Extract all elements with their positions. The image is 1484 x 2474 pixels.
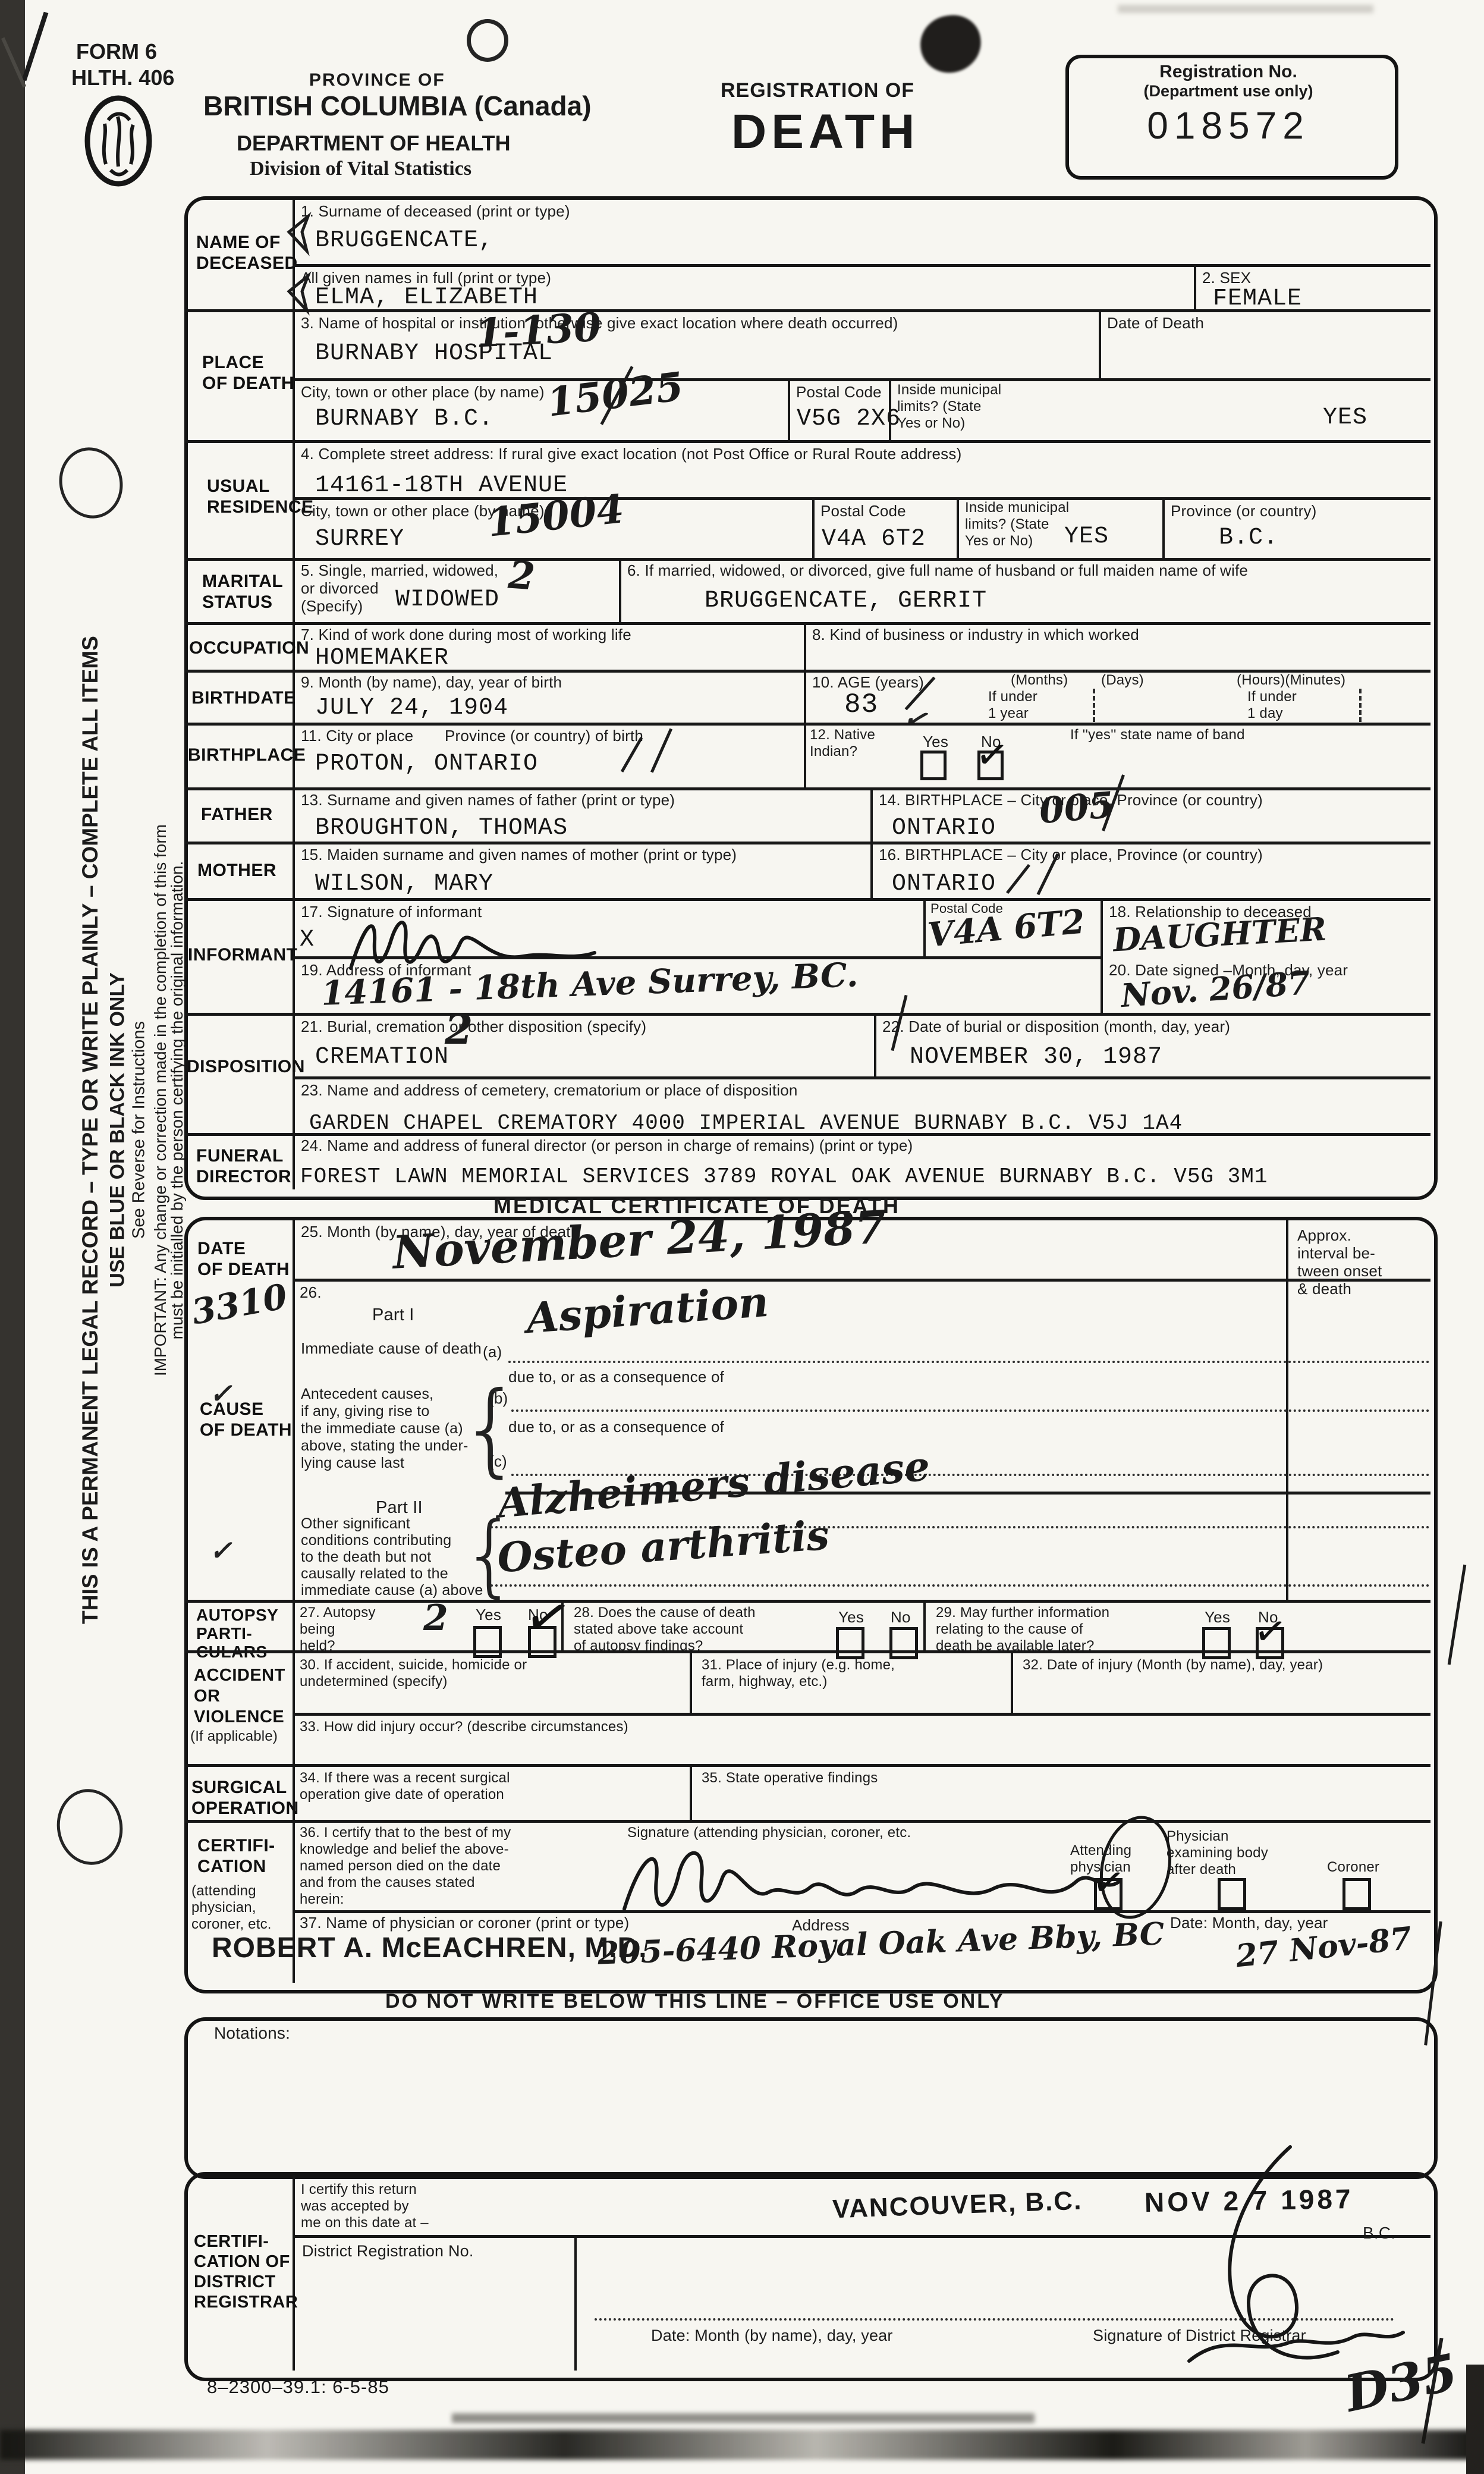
spouse-value: BRUGGENCATE, GERRIT (705, 588, 987, 615)
days-label: (Days) (1101, 672, 1144, 689)
pen-mark (284, 214, 312, 256)
cell-divider (874, 1013, 876, 1076)
section-label-funeral: FUNERAL DIRECTOR (196, 1145, 291, 1187)
mother-birthplace-value: ONTARIO (892, 871, 996, 898)
f28-no-label: No (891, 1608, 911, 1626)
registrar-date-label: Date: Month (by name), day, year (651, 2327, 893, 2344)
father-birthplace-value: ONTARIO (892, 815, 996, 842)
pen-circle-mark (52, 441, 130, 525)
province-of-label: PROVINCE OF (309, 70, 445, 90)
province-title: BRITISH COLUMBIA (Canada) (203, 90, 592, 121)
section-divider (184, 1650, 1430, 1653)
form-number: FORM 6 (76, 39, 157, 64)
cell-divider (1099, 309, 1101, 378)
notations-label: Notations: (214, 2024, 290, 2042)
surname-value: BRUGGENCATE, (315, 227, 493, 255)
field-4-label: 4. Complete street address: If rural giv… (301, 445, 961, 463)
field-21-label: 21. Burial, cremation or other dispositi… (301, 1018, 646, 1035)
field-24-label: 24. Name and address of funeral director… (301, 1136, 913, 1154)
death-title: DEATH (731, 106, 919, 158)
f29-yes-label: Yes (1205, 1608, 1230, 1626)
section-divider (184, 440, 1430, 443)
hand-code-footer: D35 (1342, 2356, 1460, 2410)
dotted-rule (508, 1361, 1430, 1363)
cell-divider (957, 497, 959, 558)
coroner-label: Coroner (1327, 1859, 1379, 1876)
due-to-label-1: due to, or as a consequence of (508, 1368, 724, 1386)
marital-value: WIDOWED (395, 586, 499, 614)
section-label-certification: CERTIFI- CATION (197, 1835, 275, 1877)
registrar-signature (1153, 2141, 1415, 2379)
dotted-rule (491, 1584, 1430, 1587)
section-label-name: NAME OF DECEASED (196, 232, 298, 274)
cell-divider (870, 787, 873, 842)
section-label-registrar: CERTIFI- CATION OF DISTRICT REGISTRAR (194, 2231, 298, 2312)
native-yes-checkbox (920, 751, 947, 780)
section-label-disposition: DISPOSITION (187, 1056, 305, 1077)
check-mark: ✓ (1090, 1861, 1128, 1904)
cell-divider (812, 497, 815, 558)
pen-circle-mark (51, 1784, 129, 1870)
immediate-cause-label: Immediate cause of death (301, 1339, 482, 1357)
f28-yes-checkbox (836, 1627, 864, 1659)
field-27-label: 27. Autopsy being held? (300, 1605, 376, 1654)
department-title: DEPARTMENT OF HEALTH (237, 131, 511, 156)
res-postal-label: Postal Code (820, 502, 906, 520)
section-label-occupation: OCCUPATION (189, 638, 309, 658)
section-label-residence: USUAL RESIDENCE (207, 476, 314, 517)
scan-scribble (22, 12, 49, 81)
registrar-certify-label: I certify this return was accepted by me… (301, 2181, 429, 2231)
section-divider (184, 898, 1430, 901)
examining-physician-label: Physician examining body after death (1167, 1828, 1268, 1878)
native-no-checkbox: ✓ (977, 751, 1004, 780)
check-mark: ✓ (1252, 1610, 1290, 1653)
hand-code-autopsy: 2 (423, 1602, 448, 1634)
field-10-label: 10. AGE (years) (812, 673, 924, 691)
field-26-label: 26. (300, 1283, 322, 1301)
cell-divider (1162, 497, 1165, 558)
field-37-label: 37. Name of physician or coroner (print … (300, 1914, 629, 1932)
physician-name-stamp: ROBERT A. McEACHREN, M.D. (212, 1933, 647, 1964)
section-divider (184, 558, 1430, 561)
field-9-label: 9. Month (by name), day, year of birth (301, 673, 562, 691)
office-use-line: DO NOT WRITE BELOW THIS LINE – OFFICE US… (385, 1990, 1005, 2013)
other-conditions-label: Other significant conditions contributin… (301, 1515, 483, 1599)
disposition-date-value: NOVEMBER 30, 1987 (910, 1044, 1162, 1071)
coroner-checkbox (1342, 1878, 1371, 1910)
given-names-value: ELMA, ELIZABETH (315, 284, 538, 312)
field-7-label: 7. Kind of work done during most of work… (301, 626, 631, 643)
section-label-accident: ACCIDENT OR VIOLENCE (194, 1665, 285, 1728)
field-34-label: 34. If there was a recent surgical opera… (300, 1770, 510, 1803)
place-city-label: City, town or other place (by name) (301, 383, 545, 401)
sidebar-ink-text: USE BLUE OR BLACK INK ONLY (106, 972, 130, 1288)
sidebar-reverse-text: See Reverse for Instructions (130, 1021, 149, 1239)
cell-divider (574, 2235, 577, 2371)
field-1-label: 1. Surname of deceased (print or type) (301, 202, 570, 220)
regno-label: Registration No. (1065, 62, 1391, 82)
res-postal-value: V4A 6T2 (822, 526, 926, 553)
cause-a-value: Aspiration (526, 1286, 770, 1335)
scan-bottom-band (0, 2430, 1484, 2460)
antecedent-label: Antecedent causes, if any, giving rise t… (301, 1386, 469, 1472)
hand-code-place: 1-130 (475, 311, 602, 350)
under-day-label: If under 1 day (1247, 689, 1297, 722)
dashed-divider (1359, 689, 1362, 722)
section-divider (184, 842, 1430, 844)
sex-label: 2. SEX (1202, 269, 1251, 287)
registration-number: 018572 (1065, 105, 1391, 146)
section-label-mother: MOTHER (197, 860, 276, 881)
section-divider (184, 1764, 1430, 1767)
field-23-label: 23. Name and address of cemetery, cremat… (301, 1081, 798, 1099)
sidebar-permanent-record-text: THIS IS A PERMANENT LEGAL RECORD – TYPE … (78, 636, 103, 1624)
date-of-death-label: Date of Death (1107, 314, 1204, 332)
cell-divider (804, 723, 806, 787)
hand-code-marital: 2 (507, 560, 536, 594)
hand-code-disposition: 2 (445, 1014, 473, 1046)
if-applicable-label: (If applicable) (190, 1728, 278, 1745)
section-label-marital: MARITAL STATUS (202, 571, 283, 613)
place-municipal-label: Inside municipal limits? (State Yes or N… (897, 382, 1001, 432)
place-postal-value: V5G 2X6 (797, 406, 901, 433)
district-registration-no-label: District Registration No. (302, 2242, 474, 2260)
disposition-value: CREMATION (315, 1044, 449, 1071)
field-6-label: 6. If married, widowed, or divorced, giv… (627, 561, 1424, 579)
section-divider (184, 309, 1430, 312)
dashed-divider (1093, 689, 1095, 722)
field-15-label: 15. Maiden surname and given names of mo… (301, 846, 737, 864)
autopsy-yes-label: Yes (476, 1606, 501, 1624)
section-divider (184, 787, 1430, 790)
field-33-label: 33. How did injury occur? (describe circ… (300, 1719, 628, 1735)
section-divider (184, 723, 1430, 726)
film-edge-strip (0, 0, 25, 2474)
section-label-cause: CAUSE OF DEATH (200, 1399, 292, 1440)
regno-sublabel: (Department use only) (1065, 82, 1391, 101)
pen-check-mark: ✓ (209, 1537, 232, 1564)
section-label-birthplace: BIRTHPLACE (188, 745, 306, 765)
section-label-surgical: SURGICAL OPERATION (191, 1777, 299, 1819)
section-divider (184, 622, 1430, 625)
interval-label: Approx. interval be- tween onset & death (1297, 1226, 1382, 1298)
scan-smudge (452, 2413, 1035, 2423)
due-to-label-2: due to, or as a consequence of (508, 1418, 724, 1436)
section-divider (184, 1820, 1430, 1823)
cell-divider (870, 842, 873, 898)
field-29-label: 29. May further information relating to … (936, 1605, 1109, 1654)
cell-divider (619, 558, 621, 622)
field-11a-label: 11. City or place (301, 727, 413, 745)
registration-of-label: REGISTRATION OF (721, 79, 914, 102)
native-yes-label: Yes (923, 733, 948, 751)
place-city-value: BURNABY B.C. (315, 406, 493, 433)
pen-circle-mark (467, 19, 508, 62)
res-province-label: Province (or country) (1171, 502, 1317, 520)
field-11b-label: Province (or country) of birth (445, 727, 643, 745)
cause-a-label: (a) (483, 1343, 502, 1361)
occupation-value: HOMEMAKER (315, 645, 449, 672)
birthplace-value: PROTON, ONTARIO (315, 751, 538, 778)
field-32-label: 32. Date of injury (Month (by name), day… (1023, 1657, 1323, 1674)
f28-no-checkbox (889, 1627, 918, 1659)
cell-divider (1011, 1650, 1013, 1713)
section-divider (184, 1600, 1430, 1603)
row-divider (293, 1713, 1430, 1716)
check-mark: ✓ (973, 733, 1011, 777)
cell-divider (690, 1764, 692, 1820)
row-divider (293, 956, 1101, 959)
res-province-value: B.C. (1219, 525, 1278, 552)
section-label-place: PLACE OF DEATH (202, 352, 294, 394)
death-certificate-scan: FORM 6 HLTH. 406 PROVINCE OF BRITISH COL… (0, 0, 1484, 2474)
field-22-label: 22. Date of burial or disposition (month… (882, 1018, 1230, 1035)
cause-b-label: (b) (489, 1389, 508, 1407)
stray-pen-stroke (1448, 1565, 1467, 1665)
age-value: 83 (844, 691, 878, 718)
scan-edge-mark (1466, 2365, 1484, 2474)
examining-checkbox (1218, 1878, 1246, 1910)
informant-x-mark: X (300, 927, 315, 954)
part1-label: Part I (372, 1306, 414, 1324)
mother-name-value: WILSON, MARY (315, 871, 493, 898)
section-label-date-of-death: DATE OF DEATH (197, 1238, 290, 1280)
hand-code-father: 005 (1038, 789, 1115, 828)
field-36-label: 36. I certify that to the best of my kno… (300, 1825, 511, 1908)
hand-code-res-city: 15004 (486, 492, 625, 539)
cell-divider (690, 1650, 692, 1713)
field-31-label: 31. Place of injury (e.g. home, farm, hi… (702, 1657, 895, 1690)
field-8-label: 8. Kind of business or industry in which… (812, 626, 1139, 643)
row-divider (293, 1076, 1430, 1079)
father-name-value: BROUGHTON, THOMAS (315, 815, 568, 842)
res-city-value: SURREY (315, 526, 404, 553)
cell-divider (561, 1600, 564, 1650)
f29-yes-checkbox (1202, 1627, 1231, 1659)
cell-divider (1101, 898, 1103, 1013)
section-label-informant: INFORMANT (188, 944, 297, 965)
res-municipal-value: YES (1064, 523, 1109, 551)
field-12-label: 12. Native Indian? (810, 727, 875, 760)
field-13-label: 13. Surname and given names of father (p… (301, 791, 675, 809)
cert-date-label: Date: Month, day, year (1170, 1914, 1328, 1932)
field-16-label: 16. BIRTHPLACE – City or place, Province… (879, 846, 1263, 864)
bc-crest-icon (83, 94, 153, 188)
cell-divider (804, 670, 806, 723)
field-30-label: 30. If accident, suicide, homicide or un… (300, 1657, 527, 1690)
dotted-rule (511, 1409, 1430, 1412)
certification-sublabel: (attending physician, coroner, etc. (191, 1883, 272, 1933)
section-label-father: FATHER (201, 804, 273, 825)
row-divider (293, 1279, 1430, 1282)
field-28-label: 28. Does the cause of death stated above… (574, 1605, 756, 1654)
cell-divider (788, 378, 790, 440)
section-label-birthdate: BIRTHDATE (191, 687, 296, 708)
row-divider (293, 497, 1430, 500)
band-label: If ''yes'' state name of band (1070, 727, 1245, 743)
attending-checkbox: ✓ (1094, 1878, 1123, 1910)
place-postal-label: Postal Code (796, 383, 882, 401)
cell-divider (889, 378, 891, 440)
cell-divider (923, 898, 926, 956)
row-divider (293, 1910, 1430, 1913)
section-divider (184, 1013, 1430, 1016)
part2-label: Part II (376, 1499, 423, 1517)
months-label: (Months) (1011, 672, 1068, 689)
form-code: HLTH. 406 (71, 65, 174, 90)
place-municipal-value: YES (1323, 404, 1367, 432)
section-divider (184, 1133, 1430, 1136)
form-print-code: 8–2300–39.1: 6-5-85 (207, 2376, 389, 2397)
scan-streak (1118, 5, 1373, 13)
under-year-label: If under 1 year (988, 689, 1037, 722)
row-divider (293, 264, 1430, 267)
hours-minutes-label: (Hours)(Minutes) (1237, 672, 1345, 689)
res-municipal-label: Inside municipal limits? (State Yes or N… (965, 500, 1069, 550)
division-title: Division of Vital Statistics (250, 157, 471, 181)
f29-no-checkbox: ✓ (1256, 1627, 1284, 1659)
cell-divider (1194, 264, 1196, 309)
ink-stamp-blob (917, 11, 985, 76)
f28-yes-label: Yes (838, 1608, 864, 1626)
field-35-label: 35. State operative findings (702, 1770, 878, 1787)
row-divider (293, 378, 1430, 381)
check-mark: ✓ (521, 1593, 575, 1643)
birthdate-value: JULY 24, 1904 (315, 695, 508, 722)
cell-divider (923, 1600, 926, 1650)
cell-divider (804, 622, 806, 670)
cause-c-label: (c) (489, 1452, 507, 1470)
funeral-director-value: FOREST LAWN MEMORIAL SERVICES 3789 ROYAL… (300, 1163, 1268, 1191)
